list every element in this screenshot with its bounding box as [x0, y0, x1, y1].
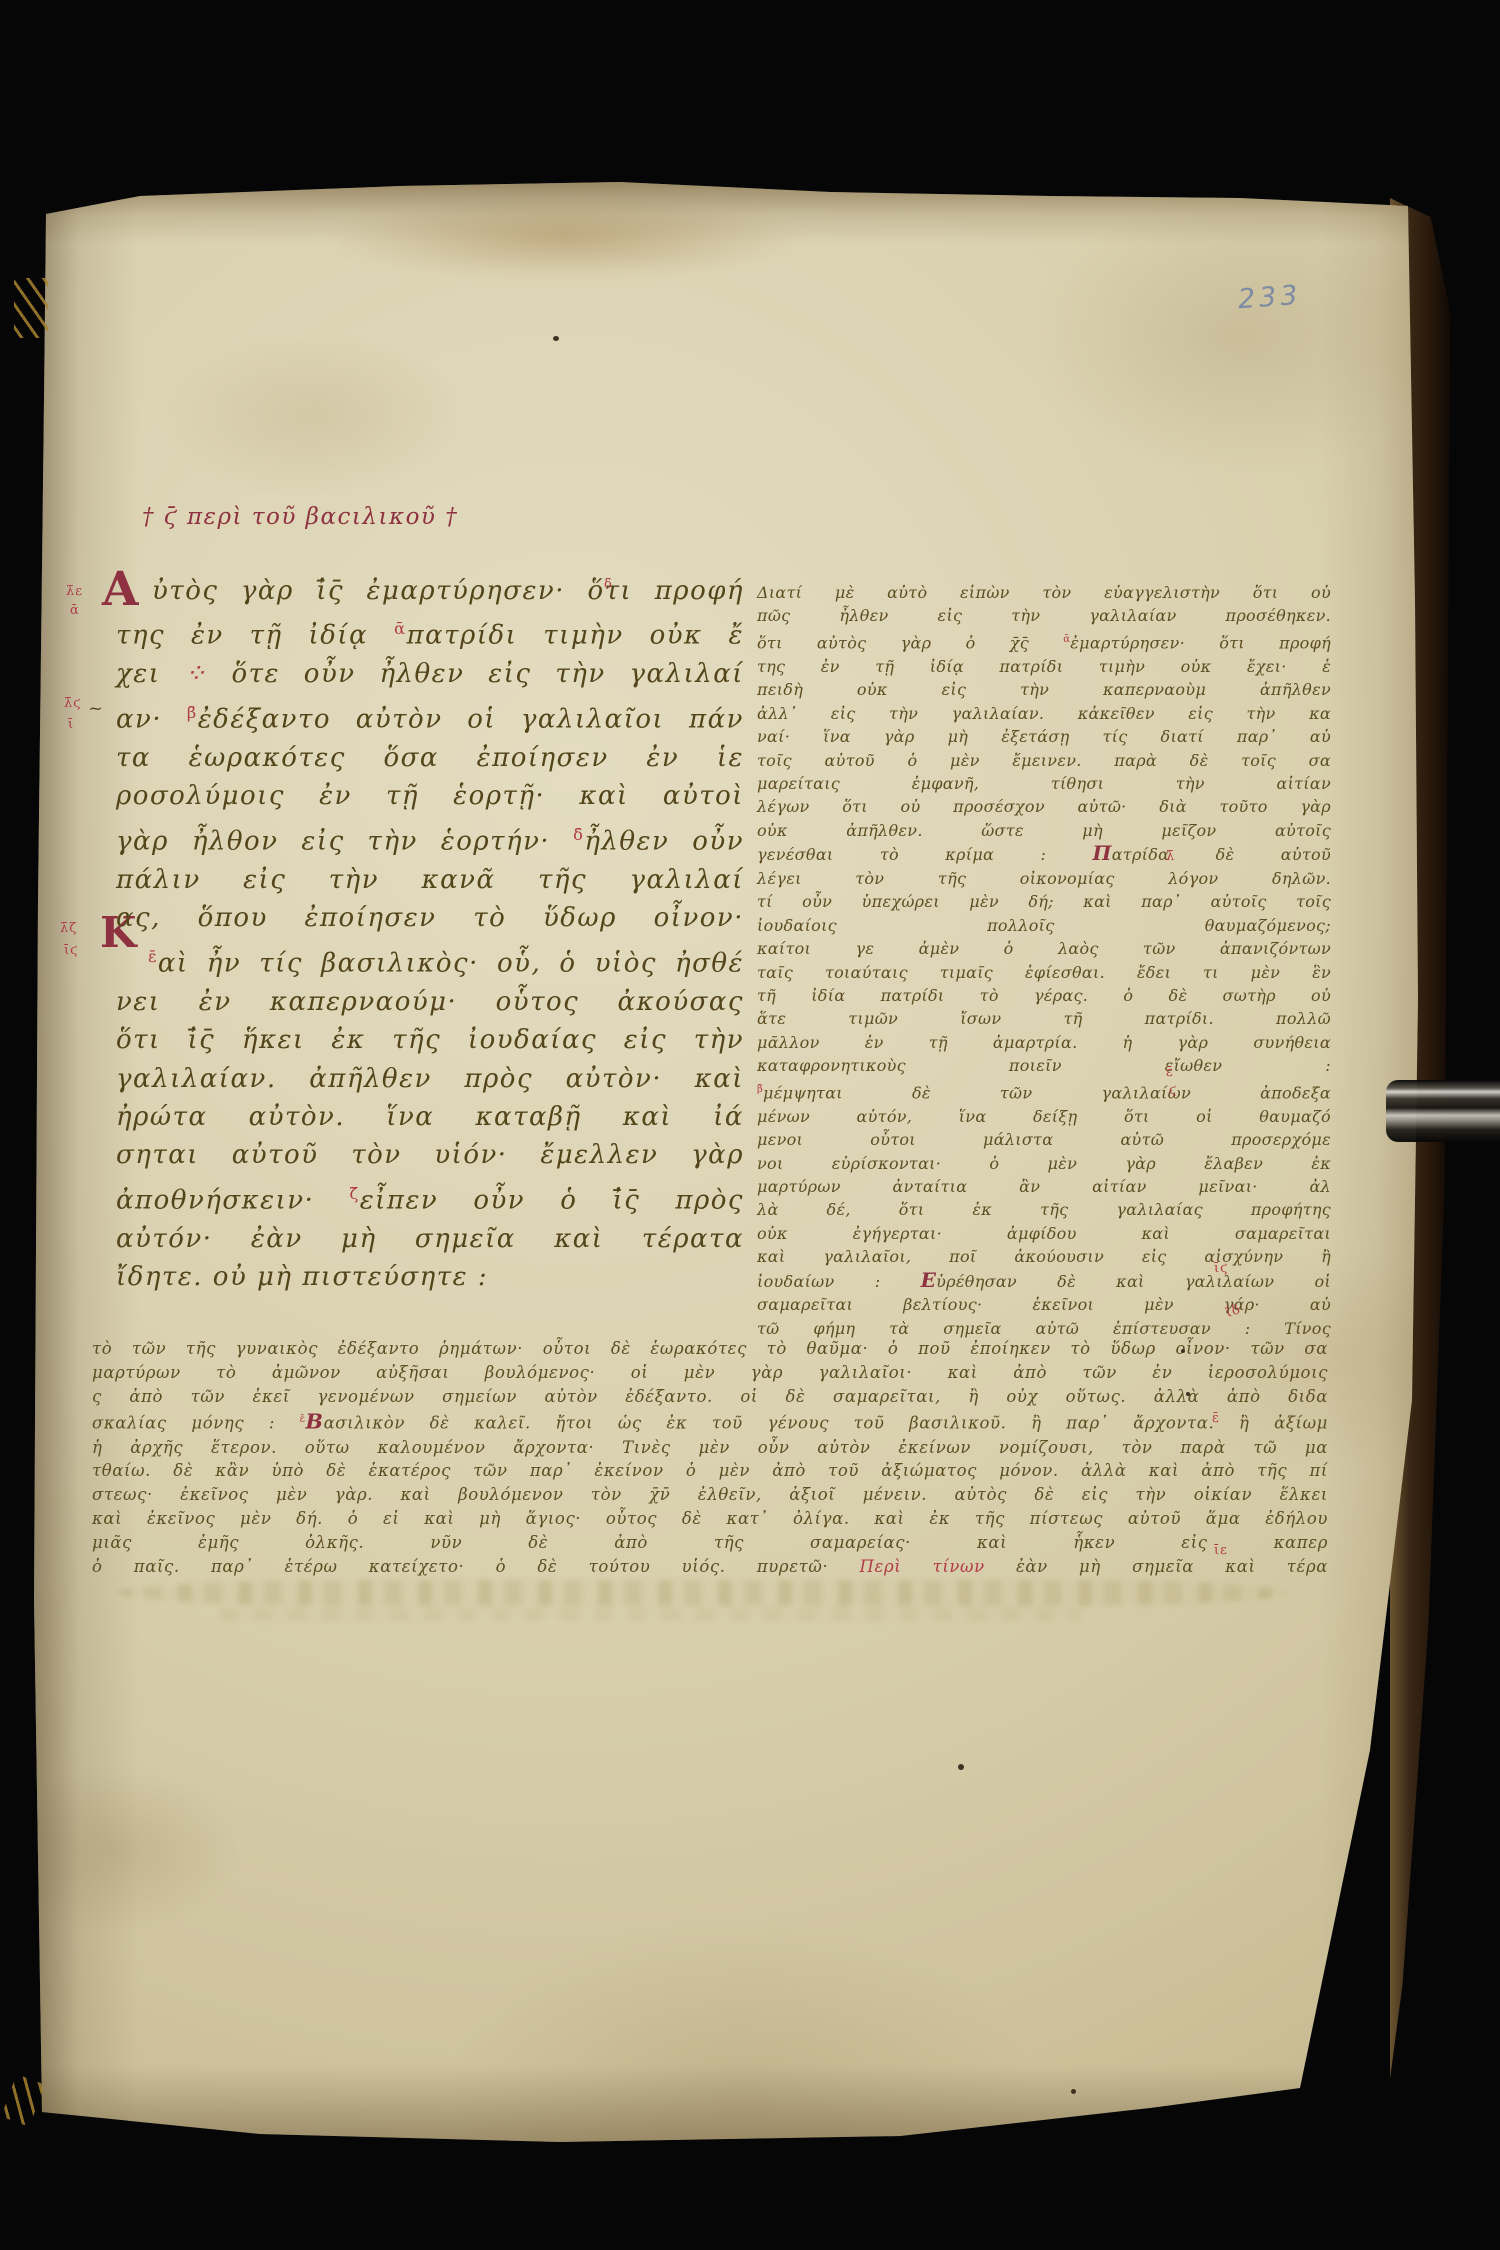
- manuscript-line: τθαίω. δὲ κἂν ὑπὸ δὲ ἑκατέρος τῶν παρ᾽ ἐ…: [92, 1459, 1328, 1483]
- manuscript-line: ἀποθνήσκειν· ζ̄εἶπεν οὖν ὁ ἰ̄ς̄ πρὸς: [116, 1175, 744, 1220]
- margin-mark: λ̄ϛ: [64, 697, 82, 710]
- margin-mark: ῑε: [1214, 1544, 1228, 1557]
- margin-mark: ε̄: [1212, 1412, 1220, 1425]
- manuscript-line: λέγων ὅτι οὐ προσέσχον αὐτῶ· διὰ τοῦτο γ…: [757, 795, 1331, 818]
- margin-mark: ῑϛ: [64, 944, 78, 957]
- manuscript-line: ἅτε τιμῶν ἴσων τῆ πατρίδι. πολλῶ: [757, 1007, 1331, 1030]
- manuscript-line: καὶ γαλιλαῖοι, ποῖ ἀκούουσιν εἰς αἰσχύνη…: [757, 1245, 1331, 1268]
- margin-mark: λ̄ε: [66, 585, 83, 598]
- manuscript-line: ς ἀπὸ τῶν ἐκεῖ γενομένων σημείων αὐτὸν ἐ…: [92, 1385, 1328, 1409]
- manuscript-line: καὶ ἐκεῖνος μὲν δή. ὁ εἰ καὶ μὴ ἅγιος· ο…: [92, 1507, 1328, 1531]
- manuscript-line: Διατί μὲ αὐτὸ εἰπὼν τὸν εὐαγγελιστὴν ὅτι…: [757, 581, 1331, 604]
- manuscript-line: ἡ ἀρχῆς ἕτερον. οὕτω καλουμένον ἄρχοντα·…: [92, 1436, 1328, 1460]
- manuscript-line: αὐτόν· ἐὰν μὴ σημεῖα καὶ τέρατα: [116, 1220, 744, 1258]
- manuscript-line: τί οὖν ὑπεχώρει μὲν δή; καὶ παρ᾽ αὐτοῖς …: [757, 890, 1331, 913]
- paragraph-dash: ~: [88, 700, 104, 718]
- manuscript-line: τοῖς αὐτοῦ ὁ μὲν ἔμεινεν. παρὰ δὲ τοῖς σ…: [757, 749, 1331, 772]
- chapter-title-rubric: † ϛ̄ περὶ τοῦ βαϲιλικοῦ †: [142, 504, 458, 530]
- manuscript-line: μαρτύρων τὸ ἀμῶνον αὐξῆσαι βουλόμενος· ο…: [92, 1361, 1328, 1385]
- manuscript-line: πῶς ἦλθεν εἰς τὴν γαλιλαίαν προσέθηκεν.: [757, 604, 1331, 627]
- manuscript-line: στεως· ἐκεῖνος μὲν γὰρ. καὶ βουλόμενον τ…: [92, 1483, 1328, 1507]
- manuscript-line: μαρείταις ἐμφανῆ, τίθησι τὴν αἰτίαν: [757, 772, 1331, 795]
- left-column-gospel-text: ὐτὸς γὰρ ἰ̄ς̄ ἐμαρτύρησεν· ὅτι προφήτης …: [116, 572, 744, 1297]
- folio-number: 233: [1237, 280, 1303, 315]
- manuscript-line: τα ἑωρακότες ὅσα ἐποίησεν ἐν ἱε: [116, 739, 744, 777]
- manuscript-line: ἠρώτα αὐτὸν. ἵνα καταβῇ καὶ ἰά: [116, 1098, 744, 1136]
- glass-weight-rod: [1386, 1080, 1500, 1142]
- manuscript-line: νοι εὑρίσκονται· ὁ μὲν γὰρ ἔλαβεν ἐκ: [757, 1152, 1331, 1175]
- margin-mark: λ̄ζ: [60, 922, 77, 935]
- manuscript-line: γενέσθαι τὸ κρίμα : Πατρίδα δὲ αὐτοῦ: [757, 842, 1331, 866]
- manuscript-line: ταῖς τοιαύταις τιμαῖς ἐφίεσθαι. ἔδει τι …: [757, 961, 1331, 984]
- margin-mark: λ̄: [1166, 850, 1175, 863]
- manuscript-line: λέγει τὸν τῆς οἰκονομίας λόγον δηλῶν.: [757, 867, 1331, 890]
- manuscript-line: ἰουδαίοις πολλοῖς θαυμαζόμενος;: [757, 914, 1331, 937]
- manuscript-line: ὁ παῖς. παρ᾽ ἑτέρω κατείχετο· ὁ δὲ τούτο…: [92, 1555, 1328, 1579]
- manuscript-line: ε̄αὶ ἦν τίς βασιλικὸς· οὗ, ὁ υἱὸς ἠσθέ: [116, 938, 744, 983]
- margin-mark: ῑϛ: [1214, 1262, 1228, 1275]
- manuscript-line: γὰρ ἦλθον εἰς τὴν ἑορτήν· δ̄ἦλθεν οὖν: [116, 816, 744, 861]
- ink-speck: [1181, 1349, 1185, 1353]
- manuscript-line: της ἐν τῇ ἰδίᾳ ᾱπατρίδι τιμὴν οὐκ ἔ: [116, 610, 744, 655]
- binding-thread: [14, 278, 48, 338]
- manuscript-line: ἀλλ᾽ εἰς τὴν γαλιλαίαν. κἀκεῖθεν εἰς τὴν…: [757, 702, 1331, 725]
- manuscript-line: καταφρονητικοὺς ποιεῖν εἴωθεν :: [757, 1054, 1331, 1077]
- margin-mark: ϛ: [1169, 1084, 1177, 1097]
- manuscript-line: ἰουδαίων : Εὑρέθησαν δὲ καὶ γαλιλαίων οἱ: [757, 1269, 1331, 1293]
- manuscript-line: ἴδητε. οὐ μὴ πιστεύσητε :: [116, 1258, 744, 1296]
- manuscript-line: μένων αὐτόν, ἵνα δείξῃ ὅτι οἱ θαυμαζό: [757, 1105, 1331, 1128]
- manuscript-line: σκαλίας μόνης : ε̄Βασιλικὸν δὲ καλεῖ. ἤτ…: [92, 1408, 1328, 1435]
- manuscript-line: νει ἐν καπερναούμ· οὗτος ἀκούσας: [116, 983, 744, 1021]
- manuscript-line: ὐτὸς γὰρ ἰ̄ς̄ ἐμαρτύρησεν· ὅτι προφή: [116, 572, 744, 610]
- manuscript-line: σηται αὐτοῦ τὸν υἱόν· ἔμελλεν γὰρ: [116, 1136, 744, 1174]
- manuscript-line: οὐκ ἀπῆλθεν. ὥστε μὴ μεῖζον αὐτοῖς: [757, 819, 1331, 842]
- manuscript-line: της ἐν τῇ ἰδίᾳ πατρίδι τιμὴν οὐκ ἔχει· ἐ: [757, 655, 1331, 678]
- manuscript-line: ροσολύμοις ἐν τῇ ἑορτῇ· καὶ αὐτοὶ: [116, 777, 744, 815]
- top-edge-stain: [330, 198, 800, 278]
- margin-mark: ῑ: [68, 718, 74, 731]
- manuscript-line: λὰ δέ, ὅτι ἐκ τῆς γαλιλαίας προφήτης: [757, 1198, 1331, 1221]
- manuscript-line: ὅτι αὐτὸς γὰρ ὁ χ̄ς̄ ᾱἐμαρτύρησεν· ὅτι π…: [757, 628, 1331, 655]
- manuscript-line: χει ⁘ ὅτε οὖν ἦλθεν εἰς τὴν γαλιλαί: [116, 655, 744, 693]
- intercolumn-mark: δ̄: [604, 578, 613, 591]
- manuscript-line: μᾶλλον ἐν τῇ ἁμαρτρία. ἡ γὰρ συνήθεια: [757, 1031, 1331, 1054]
- bottom-edge-shading: [30, 2065, 1450, 2145]
- manuscript-photo: 233 † ϛ̄ περὶ τοῦ βαϲιλικοῦ † Α Κ ὐτὸς γ…: [0, 0, 1500, 2250]
- margin-mark: ε̄: [1166, 1066, 1174, 1079]
- manuscript-line: καίτοι γε ἀμὲν ὁ λαὸς τῶν ἀπανιζόντων: [757, 937, 1331, 960]
- manuscript-line: τὸ τῶν τῆς γυναικὸς ἐδέξαντο ῥημάτων· οὗ…: [92, 1337, 1328, 1361]
- manuscript-line: πειδὴ οὐκ εἰς τὴν καπερναοὺμ ἀπῆλθεν: [757, 678, 1331, 701]
- manuscript-line: μενοι οὗτοι μάλιστα αὐτῶ προσερχόμε: [757, 1128, 1331, 1151]
- ink-speck: [958, 1764, 964, 1770]
- manuscript-line: τῆ ἰδία πατρίδι τὸ γέρας. ὁ δὲ σωτὴρ οὐ: [757, 984, 1331, 1007]
- manuscript-line: μιᾶς ἐμῆς ὁλκῆς. νῦν δὲ ἀπὸ τῆς σαμαρεία…: [92, 1531, 1328, 1555]
- manuscript-line: πάλιν εἰς τὴν κανᾶ τῆς γαλιλαί: [116, 861, 744, 899]
- ink-speck: [553, 336, 559, 341]
- manuscript-line: αν· β̄ἐδέξαντο αὐτὸν οἱ γαλιλαῖοι πάν: [116, 694, 744, 739]
- manuscript-line: ὅτι ἰ̄ς̄ ἥκει ἐκ τῆς ἰουδαίας εἰς τὴν: [116, 1021, 744, 1059]
- manuscript-line: σαμαρεῖται βελτίους· ἐκεῖνοι μὲν γάρ· αὐ: [757, 1293, 1331, 1316]
- margin-mark: ᾱ: [70, 604, 80, 617]
- bottom-commentary-block: τὸ τῶν τῆς γυναικὸς ἐδέξαντο ῥημάτων· οὗ…: [92, 1337, 1328, 1578]
- ink-speck: [1186, 1392, 1190, 1396]
- manuscript-line: μαρτύρων ἀνταίτια ἂν αἰτίαν μεῖναι· ἀλ: [757, 1175, 1331, 1198]
- manuscript-line: γαλιλαίαν. ἀπῆλθεν πρὸς αὐτὸν· καὶ: [116, 1060, 744, 1098]
- ink-speck: [1071, 2089, 1076, 2094]
- manuscript-line: ας, ὅπου ἐποίησεν τὸ ὕδωρ οἶνον·: [116, 899, 744, 937]
- manuscript-line: οὐκ ἐγήγερται· ἀμφίδου καὶ σαμαρεῖται: [757, 1222, 1331, 1245]
- manuscript-line: ναί· ἵνα γὰρ μὴ ἐξετάσῃ τίς διατί παρ᾽ α…: [757, 725, 1331, 748]
- top-edge-shading: [30, 180, 1450, 244]
- right-column-commentary: Διατί μὲ αὐτὸ εἰπὼν τὸν εὐαγγελιστὴν ὅτι…: [757, 581, 1331, 1340]
- binding-thread: [1, 2074, 45, 2127]
- manuscript-line: β̄μέμψηται δὲ τῶν γαλιλαίων ἀποδεξα: [757, 1078, 1331, 1105]
